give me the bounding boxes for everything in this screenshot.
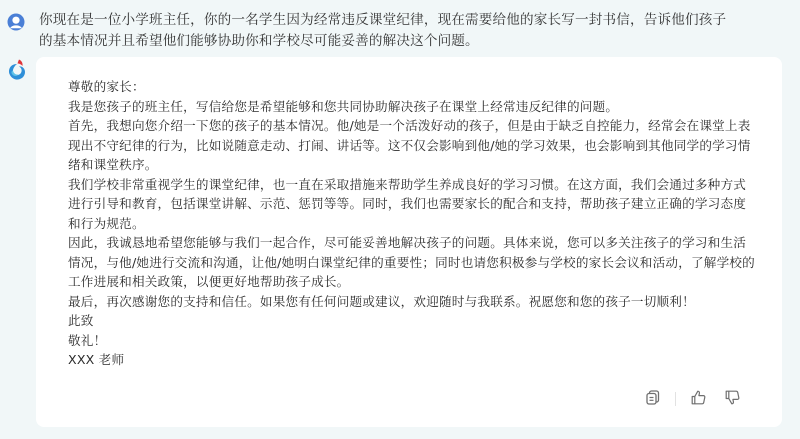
letter-paragraph: 我们学校非常重视学生的课堂纪律，也一直在采取措施来帮助学生养成良好的学习习惯。在… <box>68 175 758 234</box>
thumbs-down-button[interactable] <box>722 389 742 409</box>
letter-paragraph: 首先，我想向您介绍一下您的孩子的基本情况。他/她是一个活泼好动的孩子，但是由于缺… <box>68 116 758 175</box>
letter-paragraph: 我是您孩子的班主任，写信给您是希望能够和您共同协助解决孩子在课堂上经常违反纪律的… <box>68 97 758 117</box>
letter-paragraph: 最后，再次感谢您的支持和信任。如果您有任何问题或建议，欢迎随时与我联系。祝愿您和… <box>68 292 758 312</box>
letter-salutation: 尊敬的家长： <box>68 77 758 97</box>
user-message-text: 你现在是一位小学班主任，你的一名学生因为经常违反课堂纪律，现在需要给他的家长写一… <box>39 10 739 52</box>
letter-signature: XXX 老师 <box>68 350 758 370</box>
letter-closing: 敬礼！ <box>68 331 758 351</box>
letter-closing: 此致 <box>68 311 758 331</box>
thumbs-up-button[interactable] <box>688 389 708 409</box>
thumbs-down-icon <box>725 390 740 409</box>
letter-paragraph: 因此，我诚恳地希望您能够与我们一起合作，尽可能妥善地解决孩子的问题。具体来说，您… <box>68 233 758 292</box>
chat-page: 你现在是一位小学班主任，你的一名学生因为经常违反课堂纪律，现在需要给他的家长写一… <box>0 0 800 439</box>
thumbs-up-icon <box>691 390 706 409</box>
assistant-logo-icon <box>6 58 28 82</box>
copy-icon <box>646 390 660 409</box>
user-message-row: 你现在是一位小学班主任，你的一名学生因为经常违反课堂纪律，现在需要给他的家长写一… <box>0 8 800 53</box>
letter-content: 尊敬的家长： 我是您孩子的班主任，写信给您是希望能够和您共同协助解决孩子在课堂上… <box>68 77 758 370</box>
copy-button[interactable] <box>643 389 663 409</box>
message-actions <box>643 389 742 409</box>
assistant-message-card: 尊敬的家长： 我是您孩子的班主任，写信给您是希望能够和您共同协助解决孩子在课堂上… <box>36 57 782 427</box>
divider <box>675 392 676 406</box>
user-avatar-icon <box>7 13 25 31</box>
